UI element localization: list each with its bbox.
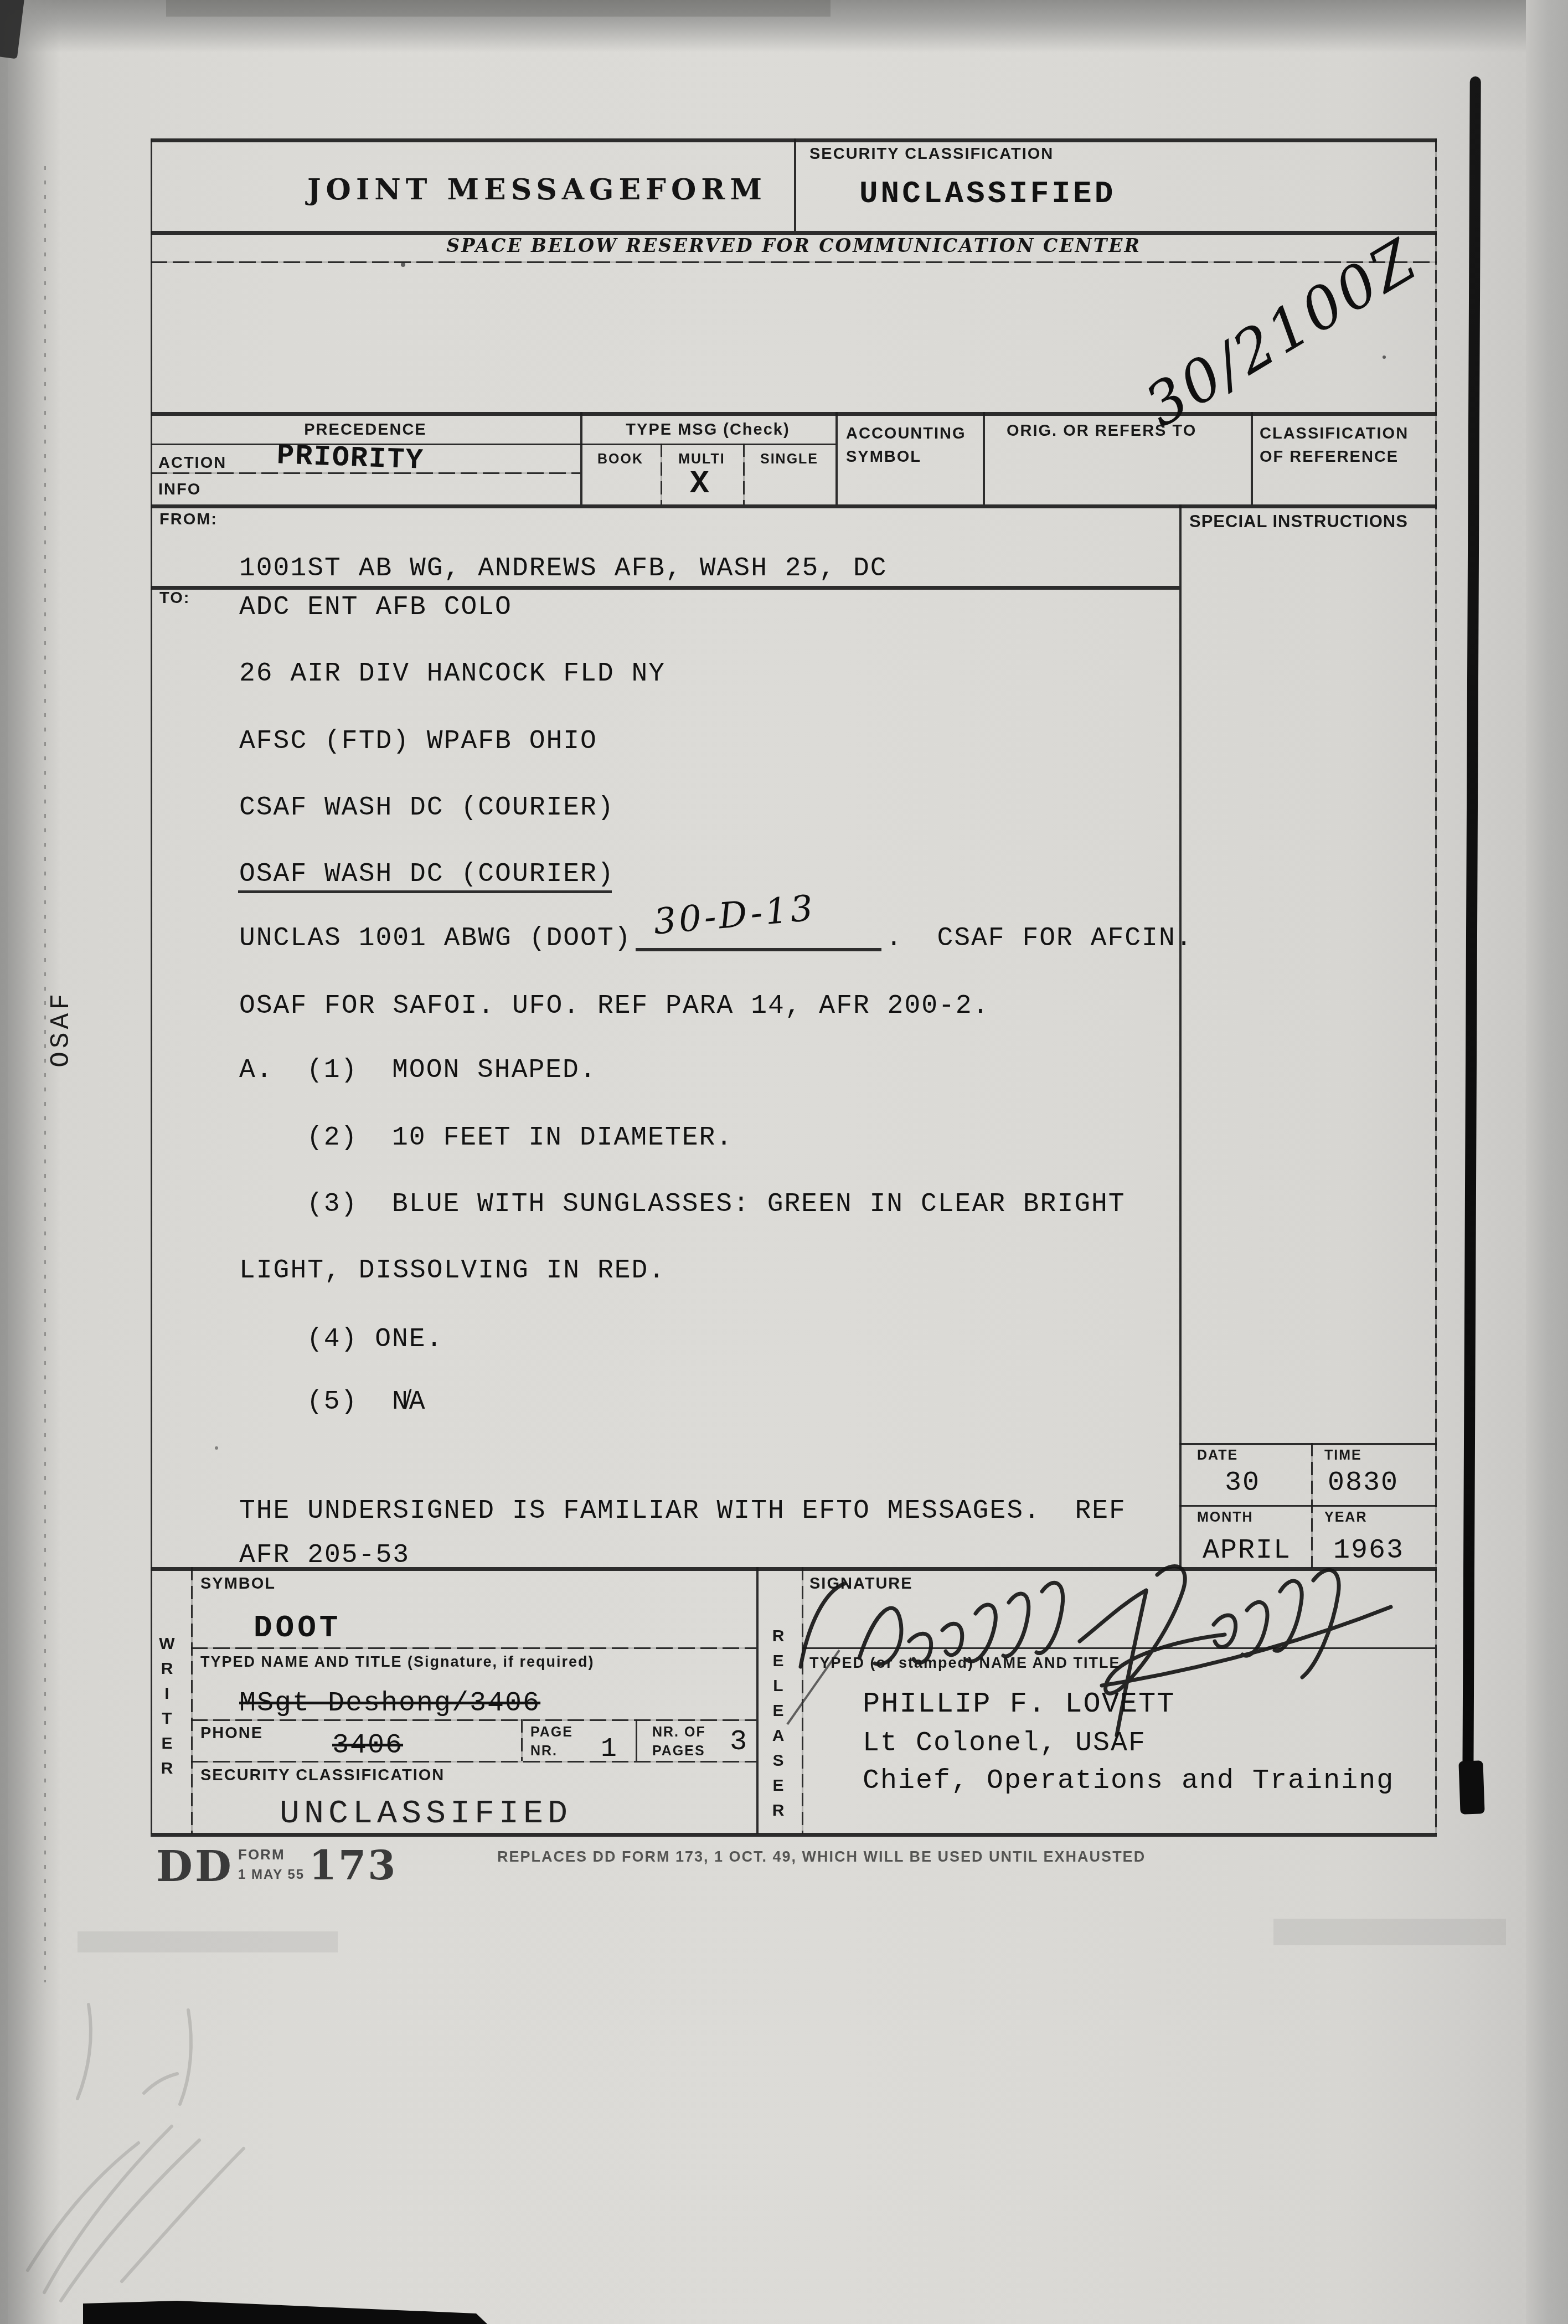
rule — [521, 1719, 523, 1761]
scan-streak — [1273, 1919, 1506, 1945]
ink-speck — [401, 262, 405, 267]
page-nr-value: 1 — [601, 1734, 618, 1764]
date-value: 30 — [1225, 1467, 1260, 1499]
message-item: (4) ONE. — [307, 1325, 443, 1354]
symbol-value: DOOT — [254, 1610, 341, 1646]
releaser-rank: Lt Colonel, USAF — [863, 1728, 1146, 1759]
releaser-typed-name-label: TYPED (or stamped) NAME AND TITLE — [809, 1655, 1121, 1672]
phone-label: PHONE — [200, 1724, 263, 1743]
rule — [191, 1567, 193, 1834]
month-label: MONTH — [1197, 1509, 1254, 1526]
writer-vertical-label: WRITER — [157, 1635, 176, 1784]
rule — [191, 1761, 756, 1763]
message-line: OSAF FOR SAFOI. UFO. REF PARA 14, AFR 20… — [239, 991, 989, 1021]
form-edition-date: 1 MAY 55 — [238, 1867, 305, 1883]
date-label: DATE — [1197, 1447, 1238, 1464]
rule — [794, 138, 796, 231]
message-item: LIGHT, DISSOLVING IN RED. — [239, 1256, 666, 1286]
addressee-line: CSAF WASH DC (COURIER) — [239, 793, 615, 823]
scan-left-shade — [0, 0, 61, 2324]
time-label: TIME — [1324, 1447, 1362, 1464]
rule — [151, 261, 1437, 263]
comm-center-note: SPACE BELOW RESERVED FOR COMMUNICATION C… — [151, 235, 1437, 256]
single-label: SINGLE — [743, 451, 835, 467]
osaf-margin-stamp: OSAF — [47, 979, 76, 1068]
to-label: TO: — [159, 589, 190, 607]
addressee-line: ADC ENT AFB COLO — [239, 592, 512, 622]
security-classification-label: SECURITY CLASSIFICATION — [809, 145, 1054, 163]
rule — [1179, 1505, 1437, 1507]
year-label: YEAR — [1324, 1509, 1367, 1526]
writer-typed-name-label: TYPED NAME AND TITLE (Signature, if requ… — [200, 1653, 595, 1671]
scan-streak — [166, 0, 831, 17]
message-line1-prefix: UNCLAS 1001 ABWG (DOOT) — [239, 924, 632, 954]
rule — [151, 231, 1437, 235]
underline-msg-number — [636, 948, 881, 951]
replaces-note: REPLACES DD FORM 173, 1 OCT. 49, WHICH W… — [497, 1848, 1146, 1866]
rule — [151, 138, 152, 1834]
addressee-line: OSAF WASH DC (COURIER) — [239, 859, 615, 889]
addressee-line: AFSC (FTD) WPAFB OHIO — [239, 726, 597, 756]
writer-typed-name-value: MSgt Deshong/3406 — [239, 1688, 540, 1719]
symbol-label: SYMBOL — [200, 1575, 276, 1593]
accounting-symbol-label: ACCOUNTING SYMBOL — [846, 422, 979, 468]
multi-check-mark: X — [690, 466, 710, 502]
from-value: 1001ST AB WG, ANDREWS AFB, WASH 25, DC — [239, 554, 888, 584]
security-classification-value: UNCLASSIFIED — [859, 176, 1116, 212]
efto-statement-line: AFR 205-53 — [239, 1540, 410, 1570]
rule — [1179, 1443, 1437, 1445]
message-line1-suffix: . CSAF FOR AFCIN. — [886, 924, 1193, 954]
scan-streak — [78, 1931, 338, 1952]
punch-guide-dotted-line — [44, 166, 46, 1982]
paragraph-a-label: A. — [239, 1055, 274, 1085]
rule — [756, 1567, 759, 1834]
rule — [151, 1833, 1437, 1837]
orig-refers-label: ORIG. OR REFERS TO — [1007, 422, 1196, 440]
action-label: ACTION — [158, 454, 226, 472]
info-label: INFO — [158, 481, 201, 499]
efto-statement-line: THE UNDERSIGNED IS FAMILIAR WITH EFTO ME… — [239, 1496, 1126, 1526]
nr-of-pages-label: NR. OF PAGES — [652, 1723, 724, 1761]
time-value: 0830 — [1328, 1467, 1399, 1499]
type-msg-header: TYPE MSG (Check) — [580, 421, 835, 439]
rule — [636, 1719, 637, 1761]
rule — [151, 444, 835, 445]
rule — [1179, 504, 1182, 1568]
special-instructions-label: SPECIAL INSTRUCTIONS — [1189, 512, 1408, 532]
nr-of-pages-value: 3 — [730, 1725, 748, 1758]
releaser-name: PHILLIP F. LOVETT — [863, 1688, 1175, 1720]
message-item: (2) 10 FEET IN DIAMETER. — [307, 1123, 733, 1153]
writer-security-classification-value: UNCLASSIFIED — [280, 1795, 572, 1833]
ink-speck — [215, 1446, 218, 1450]
writer-security-classification-label: SECURITY CLASSIFICATION — [200, 1766, 445, 1785]
book-label: BOOK — [580, 451, 661, 467]
rule — [835, 412, 838, 504]
addressee-line: 26 AIR DIV HANCOCK FLD NY — [239, 659, 666, 689]
rule — [151, 586, 1179, 590]
action-precedence-value: PRIORITY — [276, 439, 425, 477]
dd-form-mark: DD — [156, 1842, 234, 1891]
releaser-title: Chief, Operations and Training — [863, 1765, 1394, 1797]
form-title: JOINT MESSAGEFORM — [307, 173, 767, 207]
message-item: (1) MOON SHAPED. — [307, 1055, 597, 1085]
rule — [151, 412, 1437, 416]
rule — [191, 1647, 756, 1649]
rule — [983, 412, 985, 504]
scan-edge-artifact-end — [1458, 1760, 1484, 1814]
form-word: FORM — [238, 1846, 285, 1863]
phone-value: 3406 — [332, 1730, 403, 1761]
releaser-vertical-label: RELEASER — [768, 1627, 787, 1826]
rule — [191, 1719, 756, 1721]
message-item: (5) N̸A — [307, 1387, 426, 1417]
message-item: (3) BLUE WITH SUNGLASSES: GREEN IN CLEAR… — [307, 1189, 1126, 1219]
rule — [1435, 138, 1437, 1834]
scanned-message-form-page: JOINT MESSAGEFORM SECURITY CLASSIFICATIO… — [0, 0, 1568, 2324]
multi-label: MULTI — [661, 451, 743, 467]
ink-speck — [1383, 355, 1386, 359]
underline-osaf-addressee — [238, 890, 612, 893]
scan-right-shade — [1526, 0, 1568, 2324]
precedence-header: PRECEDENCE — [151, 421, 580, 439]
classification-reference-label: CLASSIFICATION OF REFERENCE — [1260, 422, 1437, 468]
form-number: 173 — [309, 1842, 397, 1889]
from-label: FROM: — [159, 511, 218, 529]
rule — [1251, 412, 1253, 504]
rule — [151, 504, 1437, 508]
pencil-marks — [11, 1993, 244, 2304]
page-nr-label: PAGE NR. — [530, 1723, 591, 1761]
